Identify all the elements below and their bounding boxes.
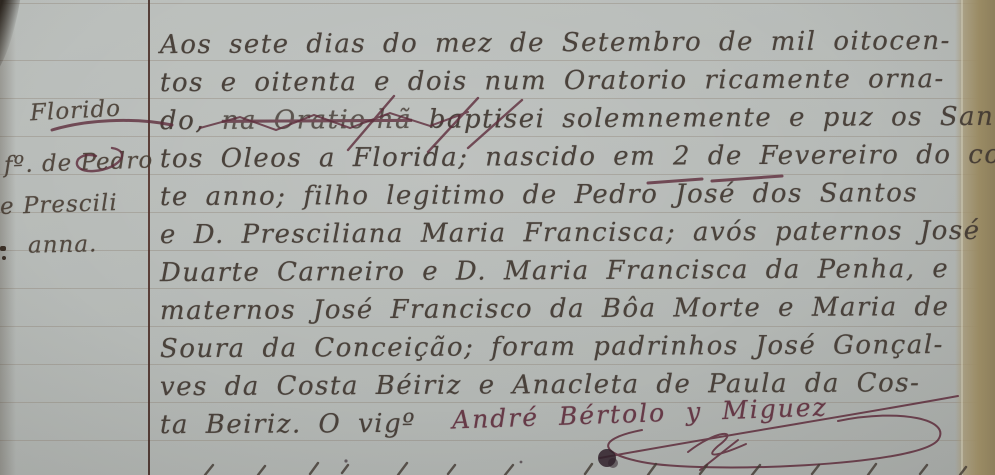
body-line-3-after: baptisei solemnemente e puz os San- [412, 102, 995, 135]
edge-speck [0, 246, 6, 251]
manuscript-page: Florido fº. de Pedro e Prescili anna. Ao… [0, 0, 995, 475]
record-body: Aos sete dias do mez de Setembro de mil … [160, 24, 990, 442]
body-line-10: ves da Costa Béiriz e Anacleta de Paula … [160, 364, 990, 406]
margin-note-mother-1: e Prescili [0, 190, 118, 220]
edge-speck [2, 256, 6, 260]
left-edge-shadow [0, 0, 16, 475]
margin-note-filiation: fº. de Pedro [4, 147, 154, 178]
body-line-6: e D. Presciliana Maria Francisca; avós p… [160, 212, 990, 254]
body-line-3-struck-text: na Oratio-hã [222, 105, 412, 136]
body-line-3-before: do, [160, 106, 222, 136]
body-line-7: Duarte Carneiro e D. Maria Francisca da … [160, 250, 990, 292]
margin-note-name: Florido [29, 96, 121, 127]
margin-note-mother-2: anna. [28, 231, 98, 258]
body-line-5: te anno; filho legitimo de Pedro José do… [160, 174, 990, 216]
body-line-1: Aos sete dias do mez de Setembro de mil … [160, 22, 990, 64]
body-line-9: Soura da Conceição; foram padrinhos José… [160, 326, 990, 368]
body-line-3: do, na Oratio-hã baptisei solemnemente e… [160, 98, 990, 140]
body-line-8: maternos José Francisco da Bôa Morte e M… [160, 288, 990, 330]
body-line-4: tos Oleos a Florida; nascido em 2 de Fev… [160, 136, 990, 178]
body-line-2: tos e oitenta e dois num Oratorio ricame… [160, 60, 990, 102]
margin-rule-line [148, 0, 150, 475]
